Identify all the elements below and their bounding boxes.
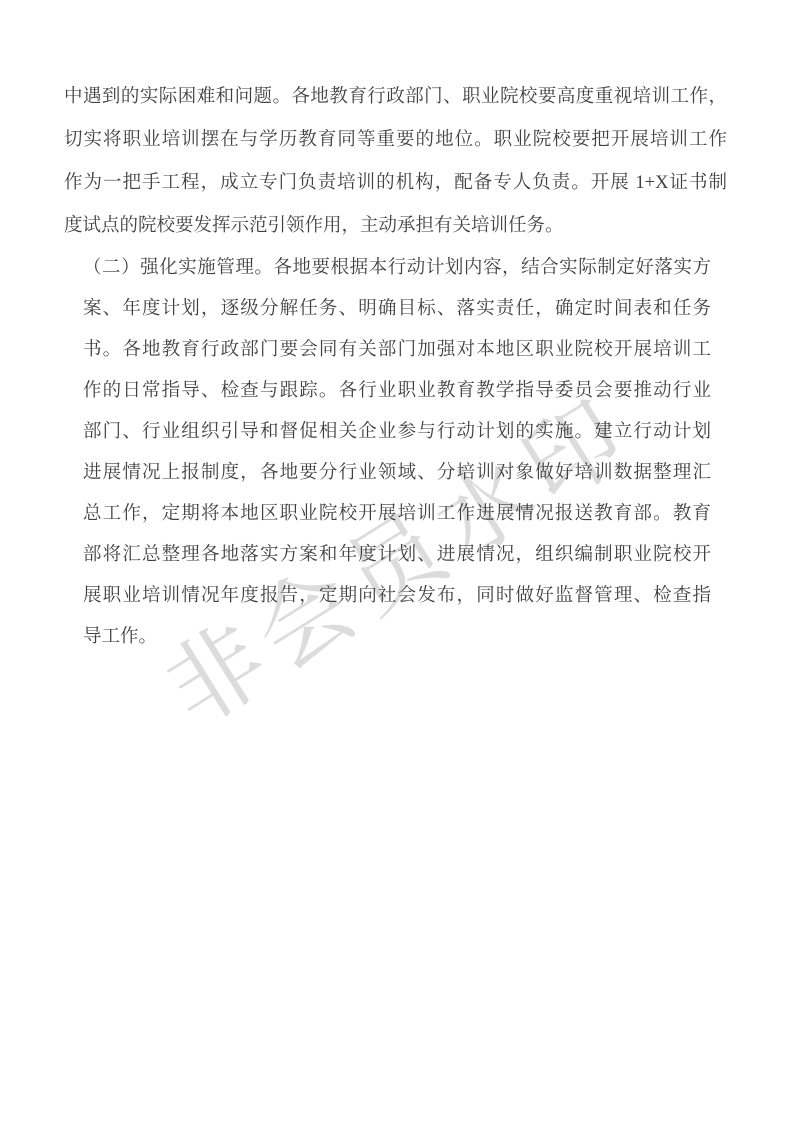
text-line: 进展情况上报制度，各地要分行业领域、分培训对象做好培训数据整理汇 [83, 453, 711, 494]
text-line: 度试点的院校要发挥示范引领作用，主动承担有关培训任务。 [64, 205, 727, 248]
text-line: 总工作，定期将本地区职业院校开展培训工作进展情况报送教育部。教育 [83, 494, 711, 535]
text-line: 导工作。 [83, 617, 711, 658]
document-body: 中遇到的实际困难和问题。各地教育行政部门、职业院校要高度重视培训工作， 切实将职… [64, 76, 727, 658]
paragraph-continuation: 中遇到的实际困难和问题。各地教育行政部门、职业院校要高度重视培训工作， 切实将职… [64, 76, 727, 248]
text-line: 作的日常指导、检查与跟踪。各行业职业教育教学指导委员会要推动行业 [83, 371, 711, 412]
document-page: 非会员水印 中遇到的实际困难和问题。各地教育行政部门、职业院校要高度重视培训工作… [0, 0, 794, 1123]
text-line: （二）强化实施管理。各地要根据本行动计划内容，结合实际制定好落实方 [83, 248, 711, 289]
text-line: 展职业培训情况年度报告，定期向社会发布，同时做好监督管理、检查指 [83, 576, 711, 617]
text-line: 部将汇总整理各地落实方案和年度计划、进展情况，组织编制职业院校开 [83, 535, 711, 576]
text-line: 作为一把手工程，成立专门负责培训的机构，配备专人负责。开展 1+X证书制 [64, 162, 727, 205]
text-line: 书。各地教育行政部门要会同有关部门加强对本地区职业院校开展培训工 [83, 330, 711, 371]
text-line: 案、年度计划，逐级分解任务、明确目标、落实责任，确定时间表和任务 [83, 289, 711, 330]
paragraph-section-2: （二）强化实施管理。各地要根据本行动计划内容，结合实际制定好落实方 案、年度计划… [83, 248, 711, 658]
text-line: 切实将职业培训摆在与学历教育同等重要的地位。职业院校要把开展培训工作 [64, 119, 727, 162]
text-line: 部门、行业组织引导和督促相关企业参与行动计划的实施。建立行动计划 [83, 412, 711, 453]
text-line: 中遇到的实际困难和问题。各地教育行政部门、职业院校要高度重视培训工作， [64, 76, 727, 119]
